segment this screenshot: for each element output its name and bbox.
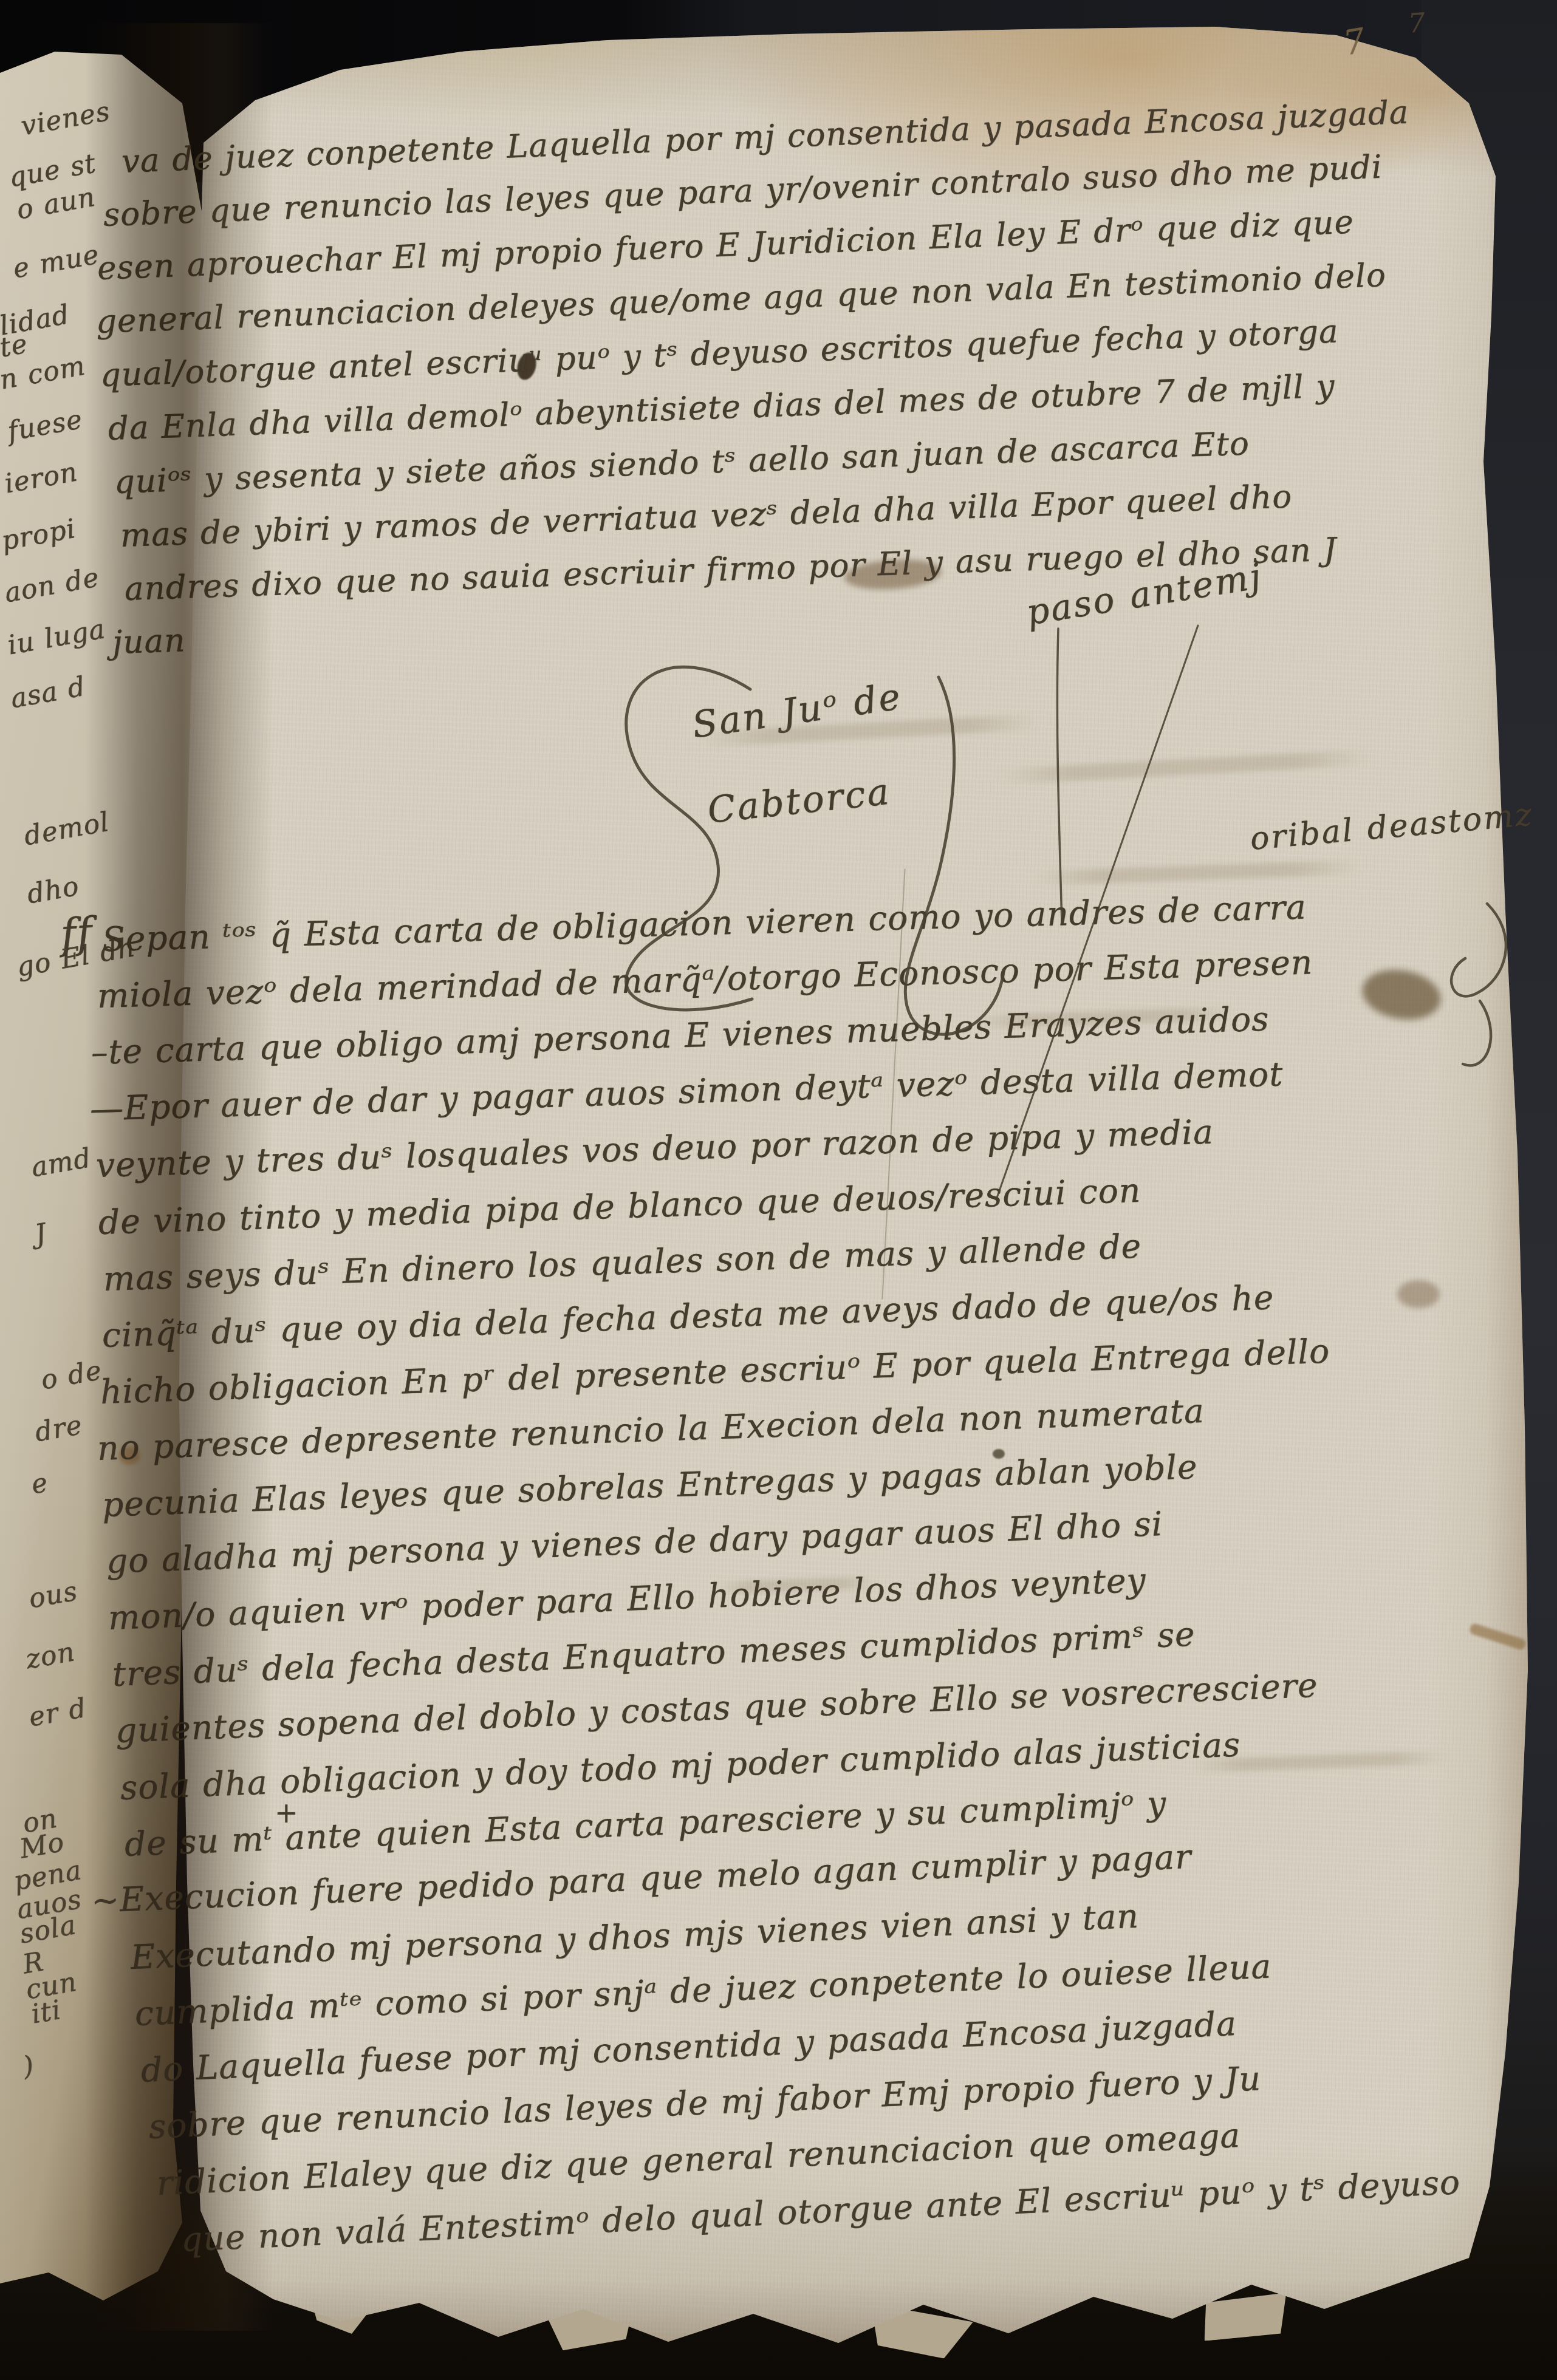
signature-flourish-strokes xyxy=(0,0,1557,2380)
manuscript-photo-scene: { "document": { "kind": "bound manuscrip… xyxy=(0,0,1557,2380)
ink-layer: 7 7 paso antemj San Juᵒ de Cabtorca orib… xyxy=(0,0,1557,2380)
